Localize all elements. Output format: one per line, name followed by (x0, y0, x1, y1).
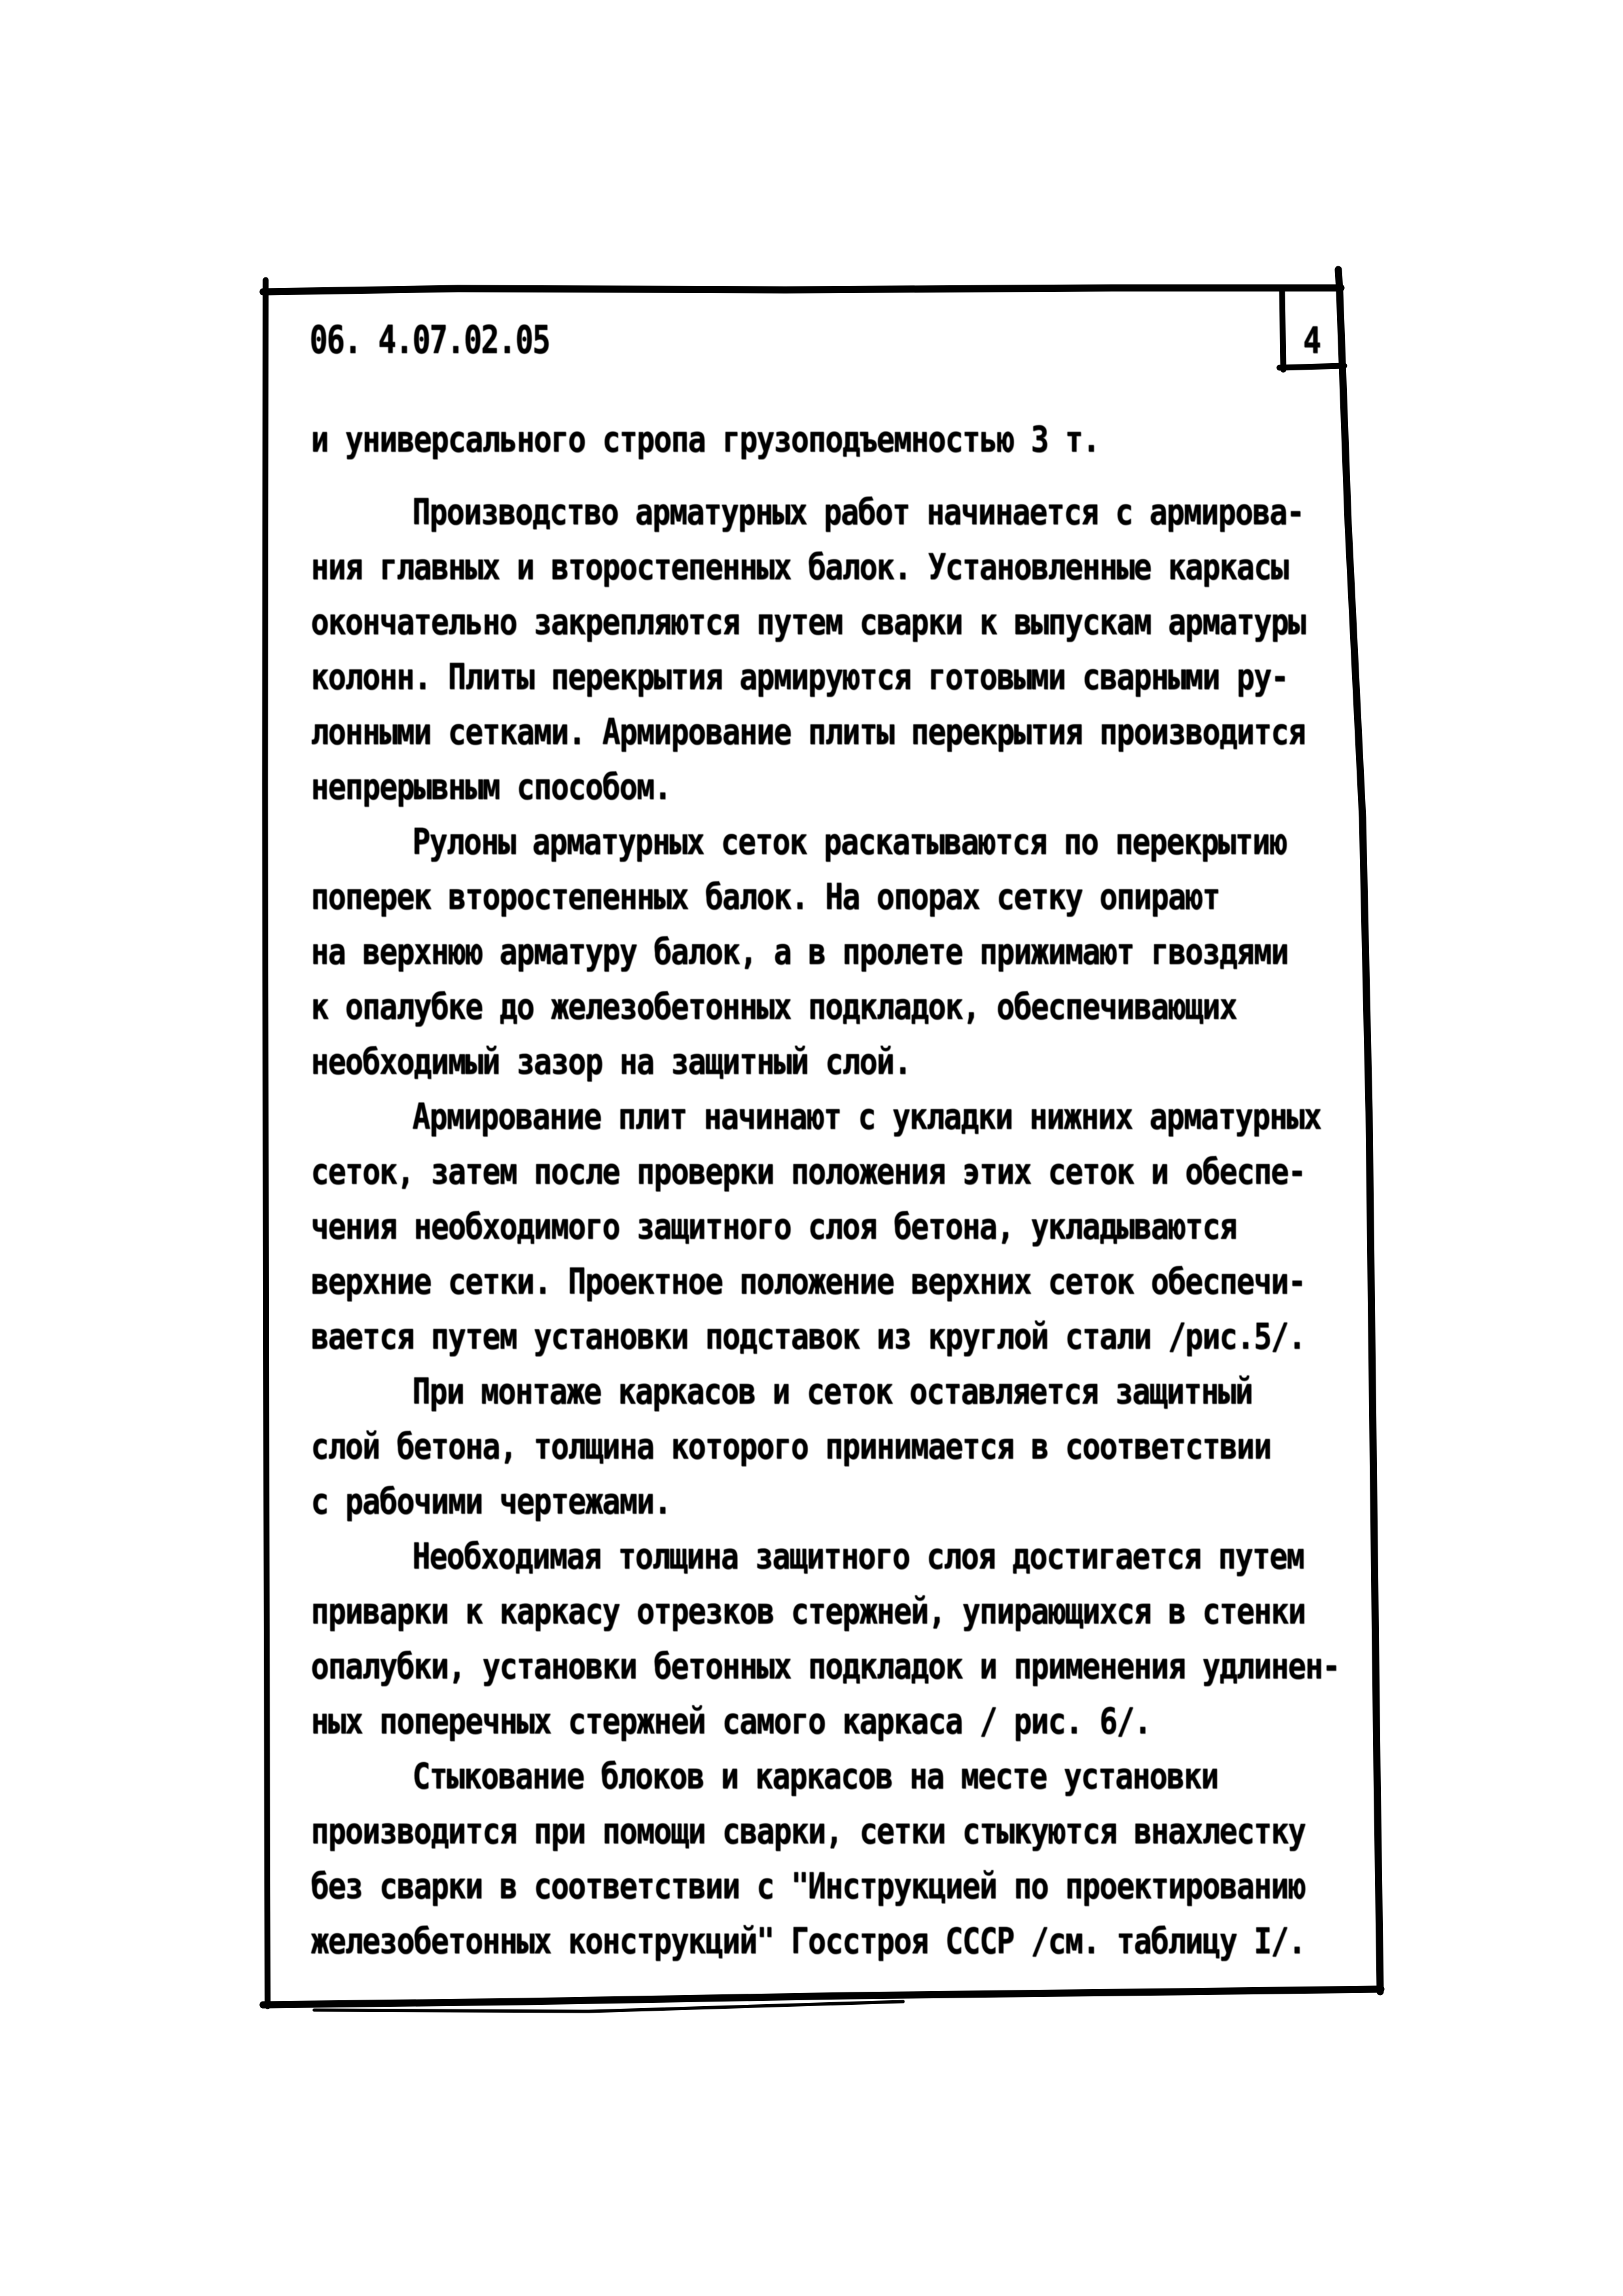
text-line: железобетонных конструкций" Госстроя ССС… (311, 1909, 1351, 1973)
paragraph: При монтаже каркасов и сеток оставляется… (311, 1364, 1351, 1529)
paragraph-continuation: и универсального стропа грузоподъемность… (311, 412, 1351, 467)
frame-top-border (263, 288, 1341, 292)
paragraph: Производство арматурных работ начинается… (311, 485, 1351, 815)
paragraph: Стыкование блоков и каркасов на месте ус… (311, 1749, 1351, 1969)
doc-number: 06. 4.07.02.05 (310, 315, 550, 365)
body-text: и универсального стропа грузоподъемность… (311, 412, 1351, 1969)
paragraph: Необходимая толщина защитного слоя дости… (311, 1529, 1351, 1749)
document-page: 06. 4.07.02.05 4 и универсального стропа… (0, 0, 1623, 2296)
page-number: 4 (1284, 308, 1340, 374)
text-line: и универсального стропа грузоподъемность… (311, 407, 1351, 472)
paragraph: Армирование плит начинают с укладки нижн… (311, 1089, 1351, 1364)
paragraph: Рулоны арматурных сеток раскатываются по… (311, 815, 1351, 1089)
frame-left-border (265, 280, 268, 2006)
page-number-box-left (1282, 289, 1283, 370)
